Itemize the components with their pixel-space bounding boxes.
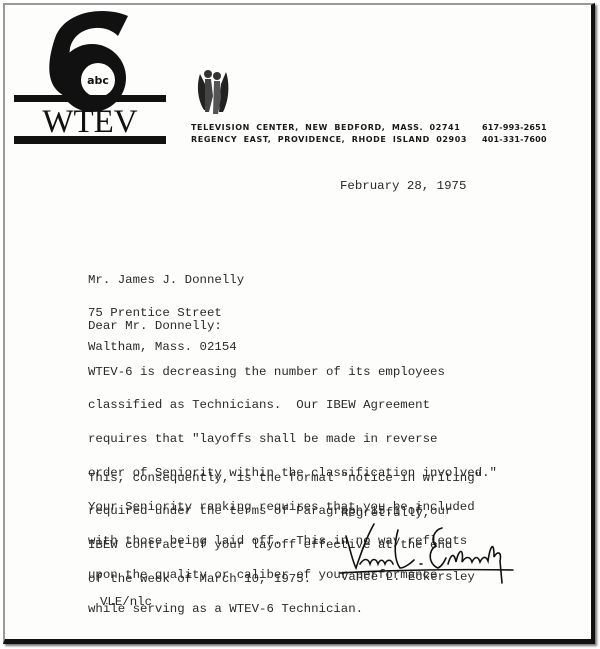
typist-initials: VLE/nlc [100, 597, 152, 608]
salutation: Dear Mr. Donnelly: [88, 321, 222, 332]
text-line: requires that "layoffs shall be made in … [88, 434, 497, 445]
phone-number: 617-993-2651 [482, 122, 547, 134]
text-line: WTEV-6 is decreasing the number of its e… [88, 367, 497, 378]
recipient-line: Mr. James J. Donnelly [88, 275, 244, 286]
phone-number: 401-331-7600 [482, 134, 547, 146]
svg-text:abc: abc [87, 74, 109, 87]
address-line: REGENCY EAST, PROVIDENCE, RHODE ISLAND 0… [191, 134, 467, 146]
address-line: TELEVISION CENTER, NEW BEDFORD, MASS. 02… [191, 122, 467, 134]
text-line: classified as Technicians. Our IBEW Agre… [88, 400, 497, 411]
wtev-abc-6-logo: abc WTEV [10, 8, 170, 148]
letter-date: February 28, 1975 [340, 181, 466, 192]
angel-seal-icon [196, 66, 230, 116]
svg-text:WTEV: WTEV [42, 104, 137, 140]
signer-name: Vance L. Eckersley [341, 572, 475, 583]
text-line: This, consequently, is the formal "notic… [88, 473, 482, 484]
letterhead-address: TELEVISION CENTER, NEW BEDFORD, MASS. 02… [191, 122, 467, 146]
letterhead-phones: 617-993-2651 401-331-7600 [482, 122, 547, 146]
